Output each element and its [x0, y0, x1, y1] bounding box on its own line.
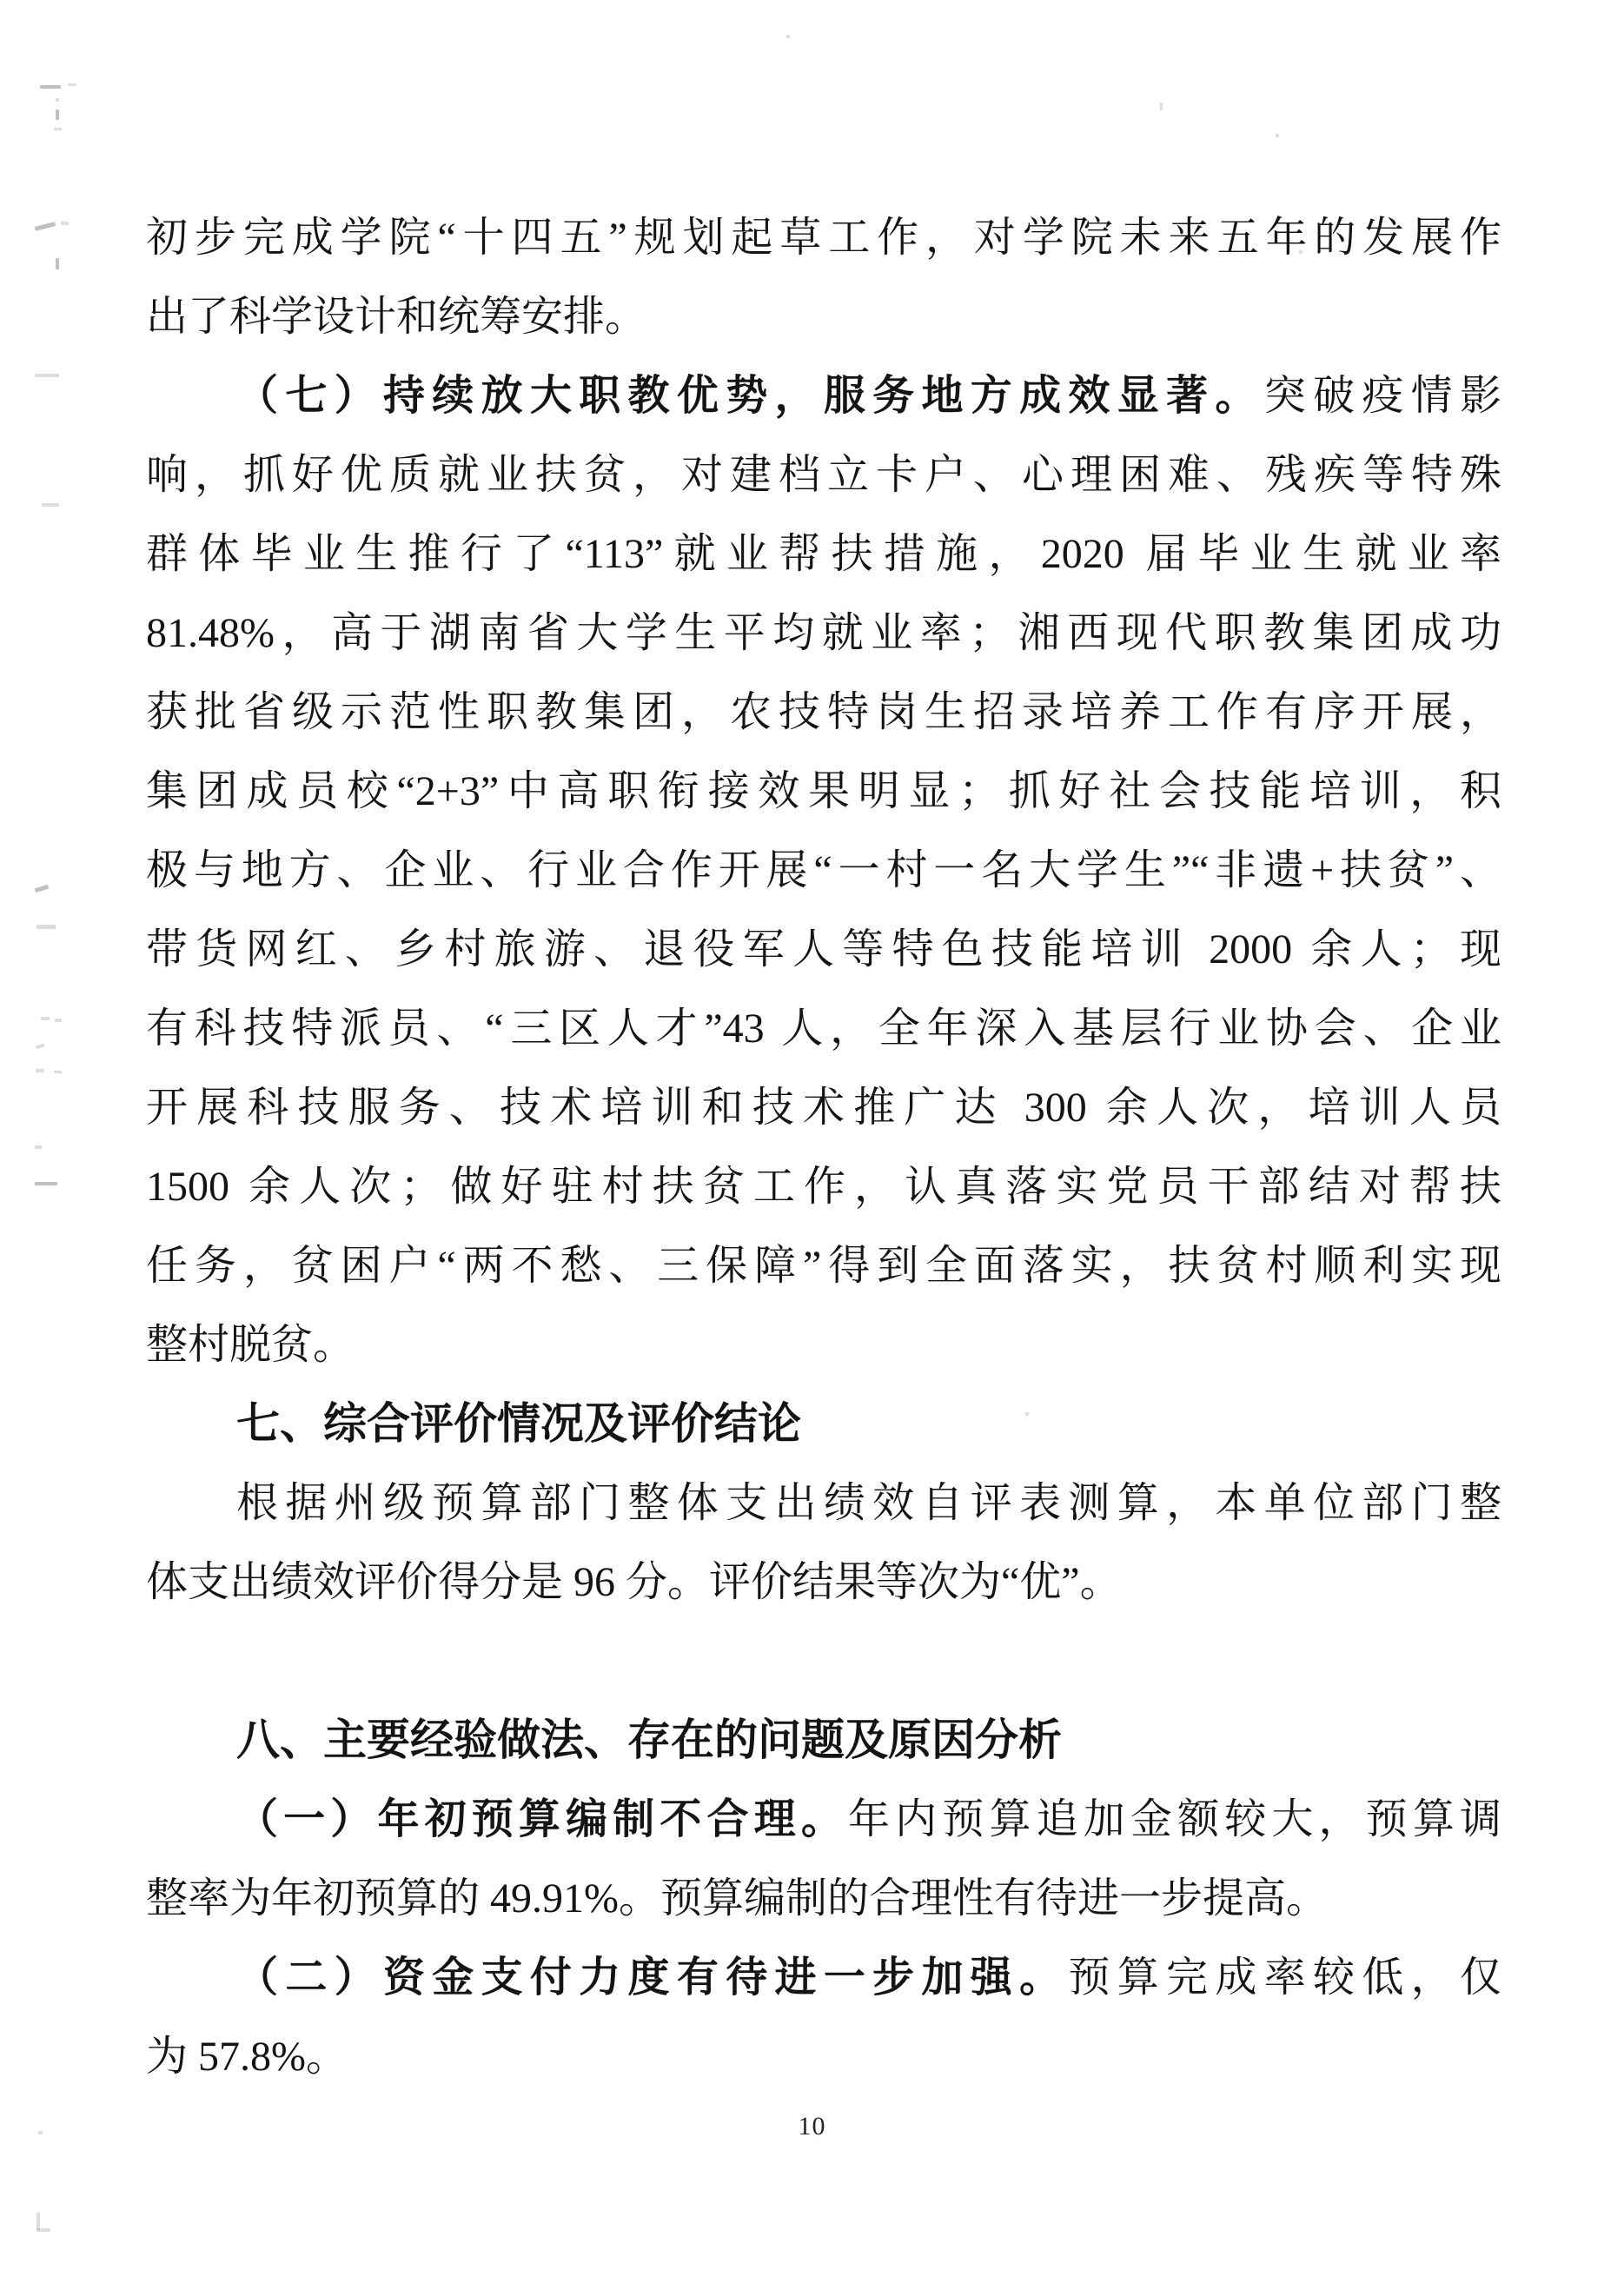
- scan-artifact: [36, 2213, 40, 2230]
- text-line: 获批省级示范性职教集团，农技特岗生招录培养工作有序开展，: [146, 673, 1501, 752]
- scan-artifact: [42, 503, 59, 507]
- text-segment: 1500 余人次；做好驻村扶贫工作，认真落实党员干部结对帮扶: [146, 1164, 1501, 1210]
- scan-artifact: [36, 1069, 44, 1072]
- text-segment: 带货网红、乡村旅游、退役军人等特色技能培训 2000 余人；现: [146, 926, 1501, 972]
- text-segment: 81.48%，高于湖南省大学生平均就业率；湘西现代职教集团成功: [146, 610, 1501, 656]
- scan-artifact: [1160, 103, 1163, 110]
- text-line: 有科技特派员、“三区人才”43 人，全年深入基层行业协会、企业: [146, 989, 1501, 1068]
- text-segment: 极与地方、企业、行业合作开展“一村一名大学生”“非遗+扶贫”、: [146, 847, 1501, 893]
- scan-artifact: [55, 1019, 62, 1022]
- text-line: （二）资金支付力度有待进一步加强。预算完成率较低，仅: [146, 1938, 1501, 2017]
- text-line: 为 57.8%。: [146, 2017, 1501, 2096]
- scan-artifact: [786, 35, 790, 38]
- text-line: 极与地方、企业、行业合作开展“一村一名大学生”“非遗+扶贫”、: [146, 831, 1501, 910]
- text-segment: 集团成员校“2+3”中高职衔接效果明显；抓好社会技能培训，积: [146, 768, 1501, 814]
- bold-text-segment: 八、主要经验做法、存在的问题及原因分析: [236, 1716, 1062, 1764]
- scan-artifact: [1276, 134, 1279, 137]
- text-segment: 任务，贫困户“两不愁、三保障”得到全面落实，扶贫村顺利实现: [146, 1243, 1501, 1289]
- text-line: （七）持续放大职教优势，服务地方成效显著。突破疫情影: [146, 356, 1501, 435]
- bold-text-segment: 七、综合评价情况及评价结论: [236, 1399, 801, 1448]
- text-segment: 响，抓好优质就业扶贫，对建档立卡户、心理困难、残疾等特殊: [146, 452, 1501, 498]
- text-segment: 整村脱贫。: [146, 1322, 355, 1368]
- blank-line: [146, 1622, 1501, 1701]
- text-line: 81.48%，高于湖南省大学生平均就业率；湘西现代职教集团成功: [146, 594, 1501, 673]
- scan-artifact: [35, 374, 59, 377]
- scan-artifact: [40, 85, 61, 89]
- text-line: 根据州级预算部门整体支出绩效自评表测算，本单位部门整: [146, 1464, 1501, 1543]
- text-segment: 整率为年初预算的 49.91%。预算编制的合理性有待进一步提高。: [146, 1875, 1328, 1922]
- text-segment: 获批省级示范性职教集团，农技特岗生招录培养工作有序开展，: [146, 689, 1501, 735]
- text-segment: 开展科技服务、技术培训和技术推广达 300 余人次，培训人员: [146, 1085, 1501, 1131]
- text-line: 1500 余人次；做好驻村扶贫工作，认真落实党员干部结对帮扶: [146, 1147, 1501, 1226]
- text-segment: 年内预算追加金额较大，预算调: [848, 1796, 1501, 1842]
- text-line: 整村脱贫。: [146, 1305, 1501, 1384]
- bold-text-segment: （七）持续放大职教优势，服务地方成效显著。: [236, 373, 1264, 419]
- text-line: 群体毕业生推行了“113”就业帮扶措施，2020 届毕业生就业率: [146, 514, 1501, 594]
- text-line: 整率为年初预算的 49.91%。预算编制的合理性有待进一步提高。: [146, 1859, 1501, 1938]
- scan-artifact: [56, 258, 59, 269]
- bold-text-segment: （一）年初预算编制不合理。: [236, 1796, 848, 1842]
- text-segment: 突破疫情影: [1264, 373, 1501, 419]
- scan-artifact: [56, 110, 59, 120]
- scan-artifact: [56, 98, 59, 102]
- text-segment: 根据州级预算部门整体支出绩效自评表测算，本单位部门整: [236, 1480, 1501, 1526]
- text-segment: 群体毕业生推行了“113”就业帮扶措施，2020 届毕业生就业率: [146, 531, 1501, 577]
- scan-artifact: [54, 128, 62, 130]
- scan-artifact: [36, 2228, 50, 2232]
- text-line: （一）年初预算编制不合理。年内预算追加金额较大，预算调: [146, 1780, 1501, 1859]
- document-body: 初步完成学院“十四五”规划起草工作，对学院未来五年的发展作出了科学设计和统筹安排…: [146, 198, 1501, 2096]
- text-line: 开展科技服务、技术培训和技术推广达 300 余人次，培训人员: [146, 1068, 1501, 1147]
- text-line: 集团成员校“2+3”中高职衔接效果明显；抓好社会技能培训，积: [146, 752, 1501, 831]
- bold-text-segment: （二）资金支付力度有待进一步加强。: [236, 1955, 1068, 2001]
- text-line: 任务，贫困户“两不愁、三保障”得到全面落实，扶贫村顺利实现: [146, 1226, 1501, 1305]
- text-segment: 有科技特派员、“三区人才”43 人，全年深入基层行业协会、企业: [146, 1006, 1501, 1052]
- page-number: 10: [0, 2112, 1624, 2141]
- scan-artifact: [35, 1145, 42, 1149]
- scanned-document-page: { "page": { "background": "#ffffff", "te…: [0, 0, 1624, 2290]
- scan-artifact: [36, 925, 56, 929]
- text-line: 体支出绩效评价得分是 96 分。评价结果等次为“优”。: [146, 1543, 1501, 1622]
- text-line: 响，抓好优质就业扶贫，对建档立卡户、心理困难、残疾等特殊: [146, 435, 1501, 514]
- scan-artifact: [38, 2131, 43, 2134]
- text-segment: 初步完成学院“十四五”规划起草工作，对学院未来五年的发展作: [146, 215, 1501, 261]
- text-segment: 为 57.8%。: [146, 2034, 348, 2080]
- text-segment: 预算完成率较低，仅: [1068, 1955, 1501, 2001]
- text-segment: 出了科学设计和统筹安排。: [146, 294, 646, 340]
- scan-artifact: [54, 1071, 62, 1073]
- text-segment: 体支出绩效评价得分是 96 分。评价结果等次为“优”。: [146, 1559, 1122, 1605]
- text-line: 出了科学设计和统筹安排。: [146, 277, 1501, 356]
- text-line: 七、综合评价情况及评价结论: [146, 1384, 1501, 1464]
- scan-artifact: [68, 83, 76, 86]
- scan-artifact: [41, 1017, 50, 1020]
- scan-artifact: [1025, 1412, 1029, 1416]
- scan-artifact: [1299, 250, 1303, 254]
- text-line: 八、主要经验做法、存在的问题及原因分析: [146, 1701, 1501, 1780]
- text-line: 带货网红、乡村旅游、退役军人等特色技能培训 2000 余人；现: [146, 910, 1501, 989]
- text-line: 初步完成学院“十四五”规划起草工作，对学院未来五年的发展作: [146, 198, 1501, 277]
- scan-artifact: [35, 1182, 57, 1185]
- scan-artifact: [61, 222, 69, 225]
